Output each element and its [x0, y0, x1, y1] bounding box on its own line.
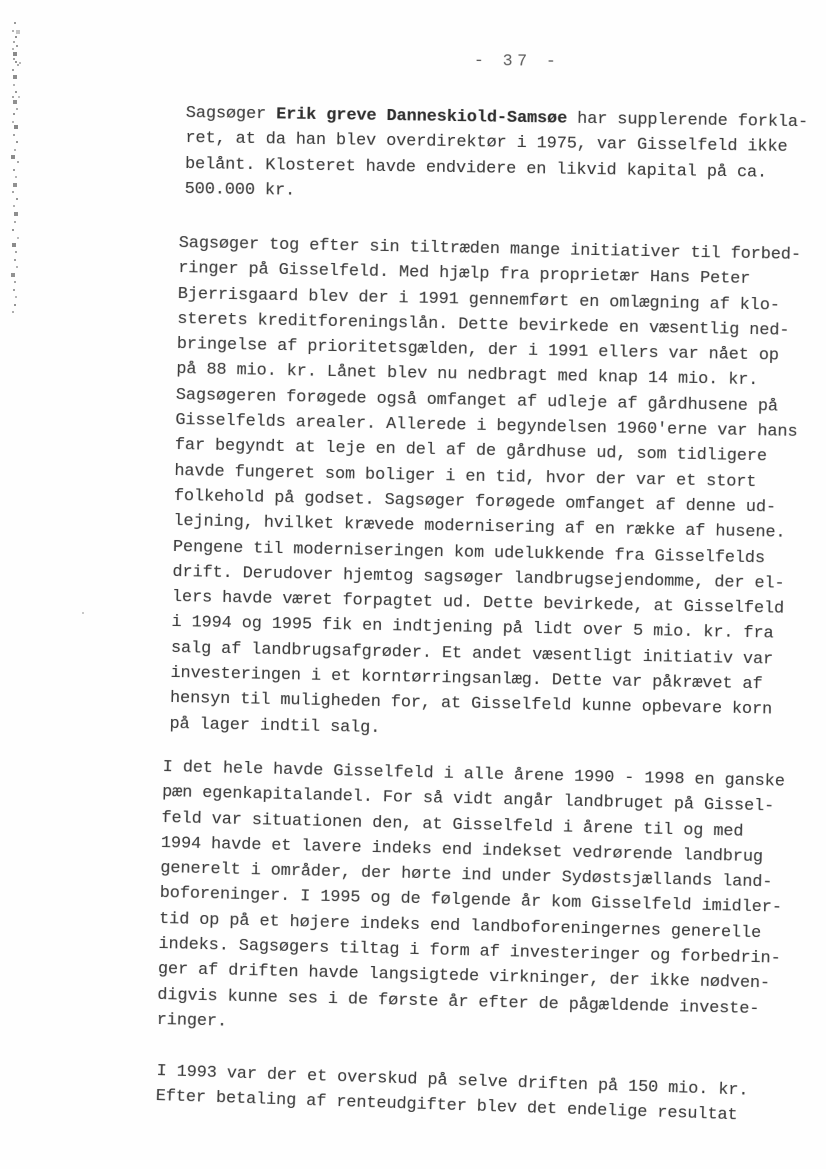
page-number: - 37 -	[474, 51, 561, 71]
paragraph-plaintiff-statement: Sagsøger Erik greve Danneskiold-Samsøe h…	[184, 101, 808, 211]
paragraph-initiatives: Sagsøger tog efter sin tiltræden mange i…	[169, 231, 801, 749]
paragraph-1993-result: I 1993 var der et overskud på selve drif…	[155, 1059, 748, 1129]
scan-noise-specks	[0, 0, 2, 2]
paragraph-equity-index: I det hele havde Gisselfeld i alle årene…	[156, 755, 785, 1048]
paragraph-1-lead: Sagsøger	[186, 104, 277, 124]
plaintiff-name-bold: Erik greve Danneskiold-Samsøe	[276, 105, 567, 128]
scanned-court-document-page: - 37 - Sagsøger Erik greve Danneskiold-S…	[0, 0, 826, 1169]
